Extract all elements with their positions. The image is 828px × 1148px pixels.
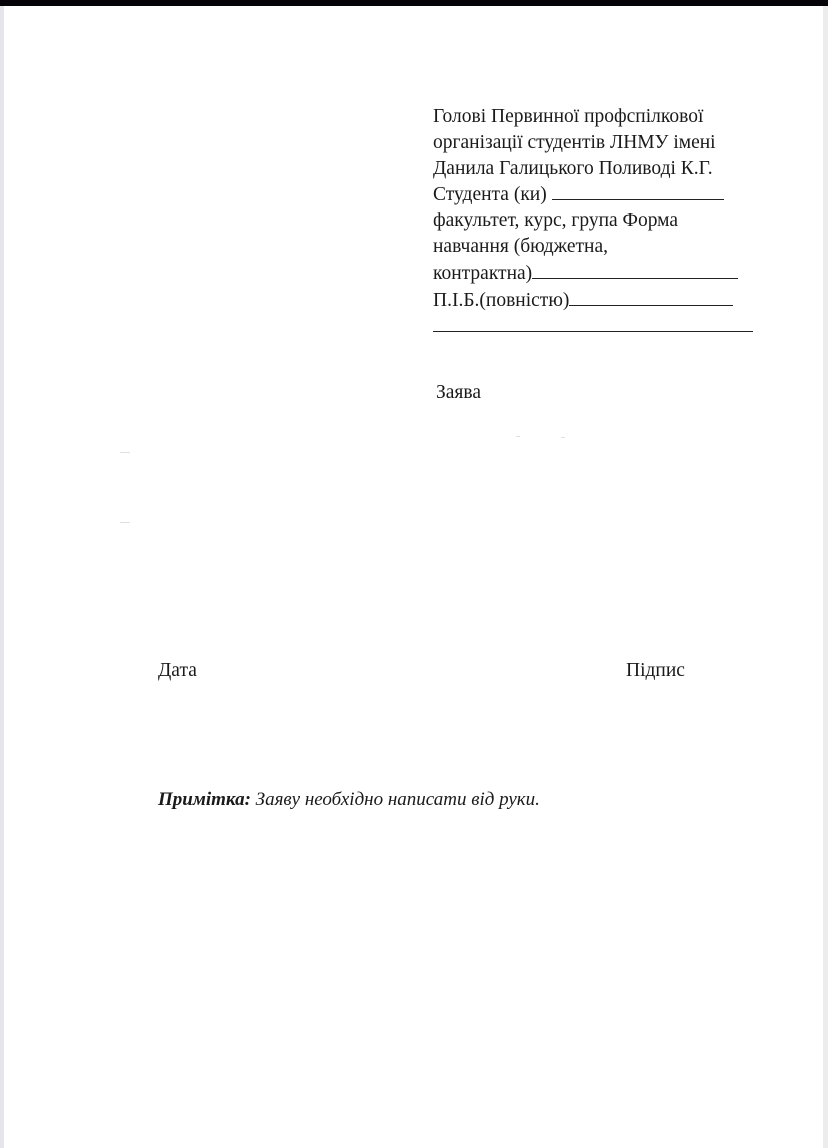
scan-speck [120,452,130,453]
scan-speck [561,437,565,438]
right-edge [823,6,828,1148]
signature-label: Підпис [626,660,685,682]
scan-speck [120,522,130,523]
addressee-block: Голові Первинної профспілкової організац… [433,104,763,340]
name-blank [569,287,733,306]
note: Примітка: Заяву необхідно написати від р… [158,789,540,811]
document-title: Заява [436,382,481,404]
student-label: Студента (ки) [433,184,547,205]
date-label: Дата [158,660,197,682]
addressee-line: організації студентів ЛНМУ імені [433,130,763,156]
extra-blank [433,313,753,332]
note-text: Заяву необхідно написати від руки. [256,789,540,810]
contract-line: контрактна) [433,260,763,287]
contract-blank [532,260,738,279]
name-label: П.І.Б.(повністю) [433,290,569,311]
name-line: П.І.Б.(повністю) [433,287,763,314]
addressee-line: факультет, курс, група Форма [433,208,763,234]
student-line: Студента (ки) [433,181,763,208]
contract-label: контрактна) [433,263,532,284]
addressee-line: навчання (бюджетна, [433,234,763,260]
note-label: Примітка: [158,789,251,810]
extra-line [433,313,763,340]
addressee-line: Данила Галицького Поливоді К.Г. [433,156,763,182]
addressee-line: Голові Первинної профспілкової [433,104,763,130]
scan-speck [516,436,520,437]
student-blank [552,181,724,200]
